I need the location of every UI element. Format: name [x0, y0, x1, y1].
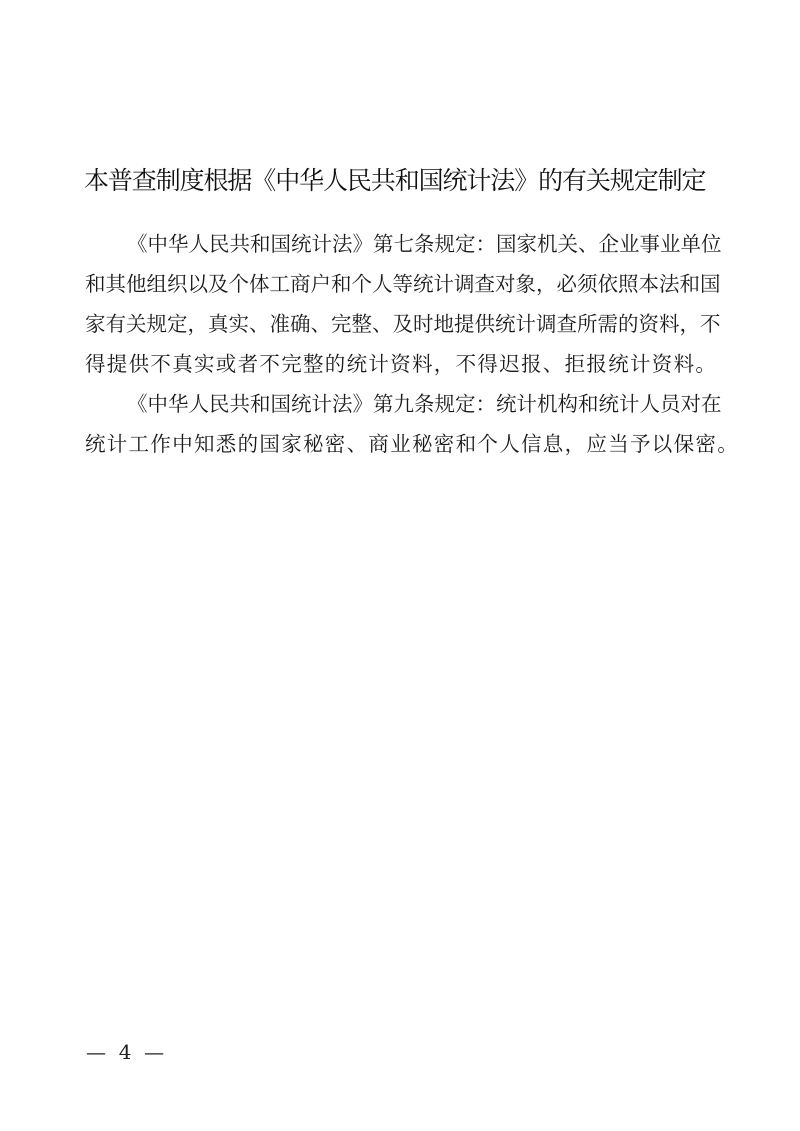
paragraph-article-9: 《中华人民共和国统计法》第九条规定：统计机构和统计人员对在 统计工作中知悉的国家…	[85, 384, 719, 464]
paragraph-line: 《中华人民共和国统计法》第七条规定：国家机关、企业事业单位	[85, 224, 719, 264]
page-number: — 4 —	[86, 1038, 164, 1066]
paragraph-line: 家有关规定，真实、准确、完整、及时地提供统计调查所需的资料，不	[85, 304, 719, 344]
paragraph-line: 统计工作中知悉的国家秘密、商业秘密和个人信息，应当予以保密。	[85, 424, 719, 464]
document-page: 本普查制度根据《中华人民共和国统计法》的有关规定制定 《中华人民共和国统计法》第…	[0, 0, 800, 1131]
document-body: 《中华人民共和国统计法》第七条规定：国家机关、企业事业单位 和其他组织以及个体工…	[85, 224, 719, 464]
paragraph-line: 《中华人民共和国统计法》第九条规定：统计机构和统计人员对在	[85, 384, 719, 424]
document-title: 本普查制度根据《中华人民共和国统计法》的有关规定制定	[84, 163, 724, 199]
paragraph-line: 得提供不真实或者不完整的统计资料，不得迟报、拒报统计资料。	[85, 344, 719, 384]
paragraph-line: 和其他组织以及个体工商户和个人等统计调查对象，必须依照本法和国	[85, 264, 719, 304]
paragraph-article-7: 《中华人民共和国统计法》第七条规定：国家机关、企业事业单位 和其他组织以及个体工…	[85, 224, 719, 384]
